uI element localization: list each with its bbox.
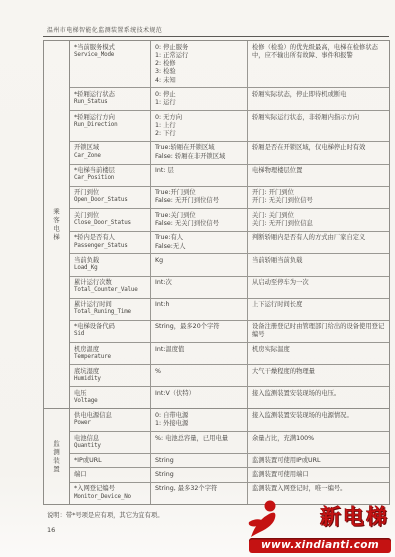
field-id: Voltage [74, 398, 146, 406]
field-id: Car_Position [74, 175, 146, 183]
field-name-cell: 当前负载 Load_Kg [70, 254, 151, 275]
table-row: 底坑湿度 Humidity % 大气干燥程度的物理量 [70, 364, 389, 386]
page-content: 温州市电梯智能化监测装置系统技术规范 乘客电梯 *当前服务模式 Service_… [43, 25, 389, 534]
field-name: *入网登记编号 [74, 485, 146, 493]
field-id: Run_Status [74, 99, 146, 107]
field-name: 电池信息 [74, 435, 146, 443]
field-name: *电梯设备代码 [74, 323, 146, 331]
field-id: Monitor_Device_No [74, 494, 146, 502]
field-value-cell: Kg [151, 254, 248, 275]
field-name: *轿内是否有人 [74, 234, 146, 242]
field-value-cell: % [151, 365, 248, 386]
field-desc-cell: 监测装置可使用端口 [248, 468, 389, 481]
field-value-cell: True:关门到位 False: 无关门到位信号 [151, 209, 248, 231]
table-row: *当前服务模式 Service_Mode 0: 停止服务 1: 正常运行 2: … [70, 41, 389, 87]
field-name-cell: *轿内是否有人 Passenger_Status [70, 232, 151, 254]
group-label: 乘客电梯 [52, 208, 61, 242]
field-name-cell: 底坑湿度 Humidity [70, 365, 151, 386]
field-desc-cell: 机房实际温度 [248, 343, 389, 364]
field-value-cell: 0: 停止 1: 运行 [151, 88, 248, 110]
field-name-cell: *当前服务模式 Service_Mode [70, 41, 151, 87]
group-label: 监测装置 [52, 440, 61, 474]
field-name: 开锁区域 [74, 144, 146, 152]
group-label-cell: 乘客电梯 [44, 41, 70, 408]
logo-url-banner: www.xindianti.com [249, 538, 391, 553]
table-group-monitor-device: 监测装置 供电电源信息 Power 0: 自带电源 1: 外接电源 接入监测装置… [44, 408, 389, 503]
field-name: 机房温度 [74, 346, 146, 354]
field-name: 关门到位 [74, 212, 146, 220]
field-id: Humidity [74, 376, 146, 384]
field-name: *轿厢运行状态 [74, 91, 146, 99]
field-value-cell: String, 最多32个字符 [151, 483, 248, 504]
table-row: 关门到位 Close_Door_Status True:关门到位 False: … [70, 208, 389, 231]
field-id: Service_Mode [74, 52, 146, 60]
field-name: 累计运行次数 [74, 279, 146, 287]
field-desc-cell: 当前轿厢当前负载 [248, 254, 389, 275]
field-desc-cell: 关门: 关门到位 关门: 无开门到位信息 [248, 209, 389, 231]
table-row: *电梯设备代码 Sid String，最多20个字符 设备注册登记时由管理部门给… [70, 320, 389, 343]
field-id: Quantity [74, 443, 146, 451]
table-row: *电梯当前楼层 Car_Position Int: 层 电梯物理楼层位置 [70, 164, 389, 186]
table-row: *轿厢运行方向 Run_Direction 0: 无方向 1: 上行 2: 下行… [70, 110, 389, 141]
table-group-passenger-elevator: 乘客电梯 *当前服务模式 Service_Mode 0: 停止服务 1: 正常运… [44, 41, 389, 408]
field-desc-cell: 设备注册登记时由管理部门给出的设备使用登记编号 [248, 321, 389, 343]
field-value-cell: True:轿厢在开锁区域 False: 轿厢在非开锁区域 [151, 142, 248, 164]
field-desc-cell: 大气干燥程度的物理量 [248, 365, 389, 386]
field-name-cell: 电压 Voltage [70, 387, 151, 408]
table-row: *轿厢运行状态 Run_Status 0: 停止 1: 运行 轿厢实际状态，停止… [70, 87, 389, 110]
logo-wordmark: 新电梯 [320, 501, 389, 531]
field-id: Total_Counter_Value [74, 287, 146, 295]
field-desc-cell: 轿厢实际状态，停止即待机或断电 [248, 88, 389, 110]
field-value-cell: String，最多20个字符 [151, 321, 248, 343]
doc-header-title: 温州市电梯智能化监测装置系统技术规范 [43, 25, 389, 34]
field-name-cell: *IP或URL [70, 454, 151, 467]
field-desc-cell: 判断轿厢内是否有人的方式由厂家自定义 [248, 232, 389, 254]
field-value-cell: Int:V（伏特） [151, 387, 248, 408]
field-name-cell: 电池信息 Quantity [70, 432, 151, 453]
table-row: 电池信息 Quantity %: 电池总容量，已用电量 余量占比，充满100% [70, 431, 389, 453]
field-name-cell: 供电电源信息 Power [70, 409, 151, 431]
field-value-cell: True:有人 False:无人 [151, 232, 248, 254]
field-name-cell: 端口 [70, 468, 151, 481]
field-desc-cell: 开门: 开门到位 开门: 无关门到位信号 [248, 187, 389, 209]
table-row: 开门到位 Open_Door_Status True:开门到位 False: 无… [70, 186, 389, 209]
field-value-cell: 0: 自带电源 1: 外接电源 [151, 409, 248, 431]
field-name-cell: *电梯设备代码 Sid [70, 321, 151, 343]
field-value-cell: %: 电池总容量，已用电量 [151, 432, 248, 453]
table-row: 端口 String 监测装置可使用端口 [70, 467, 389, 481]
field-desc-cell: 余量占比，充满100% [248, 432, 389, 453]
field-desc-cell: 电梯物理楼层位置 [248, 165, 389, 186]
field-desc-cell: 轿厢实际运行状态，非轿厢内指示方向 [248, 111, 389, 141]
field-value-cell: True:开门到位 False: 无开门到位信号 [151, 187, 248, 209]
field-name-cell: 开门到位 Open_Door_Status [70, 187, 151, 209]
field-name: *当前服务模式 [74, 44, 146, 52]
field-name: 端口 [74, 471, 146, 479]
field-name: 电压 [74, 390, 146, 398]
field-id: Run_Direction [74, 122, 146, 130]
table-row: 机房温度 Temperature Int:温度值 机房实际温度 [70, 342, 389, 364]
field-name-cell: 开锁区域 Car_Zone [70, 142, 151, 164]
table-row: 电压 Voltage Int:V（伏特） 接入监测装置安装现场的电压。 [70, 386, 389, 408]
field-desc-cell: 上下运行时间长度 [248, 299, 389, 320]
field-name-cell: 机房温度 Temperature [70, 343, 151, 364]
xindianti-logo: 新电梯 www.xindianti.com [247, 501, 391, 553]
field-value-cell: Int: 层 [151, 165, 248, 186]
spec-table: 乘客电梯 *当前服务模式 Service_Mode 0: 停止服务 1: 正常运… [43, 40, 390, 505]
field-name: *轿厢运行方向 [74, 114, 146, 122]
field-name: 累计运行时间 [74, 301, 146, 309]
field-value-cell: 0: 无方向 1: 上行 2: 下行 [151, 111, 248, 141]
field-id: Passenger_Status [74, 243, 146, 251]
field-id: Temperature [74, 354, 146, 362]
table-row: 供电电源信息 Power 0: 自带电源 1: 外接电源 接入监测装置安装现场的… [70, 409, 389, 431]
group-label-cell: 监测装置 [44, 409, 70, 503]
field-id: Sid [74, 331, 146, 339]
table-row: *轿内是否有人 Passenger_Status True:有人 False:无… [70, 231, 389, 254]
field-desc-cell: 轿厢是否在开锁区域，仅电梯停止时有效 [248, 142, 389, 164]
field-value-cell: 0: 停止服务 1: 正常运行 2: 检修 3: 检验 4: 未知 [151, 41, 248, 87]
field-name-cell: *轿厢运行方向 Run_Direction [70, 111, 151, 141]
field-name: 开门到位 [74, 189, 146, 197]
field-name-cell: 累计运行时间 Total_Runing_Time [70, 299, 151, 320]
field-name: *电梯当前楼层 [74, 167, 146, 175]
field-value-cell: String [151, 454, 248, 467]
field-id: Total_Runing_Time [74, 309, 146, 317]
field-name: 供电电源信息 [74, 412, 146, 420]
field-desc-cell: 接入监测装置安装现场的电压。 [248, 387, 389, 408]
field-desc-cell: 检修（检验）的优先级最高，电梯在检修状态中，应不输出所有故障、事件和报警 [248, 41, 389, 87]
table-row: *IP或URL String 监测装置可使用IP或URL [70, 453, 389, 467]
field-name-cell: *入网登记编号 Monitor_Device_No [70, 483, 151, 504]
header-rule [43, 36, 389, 37]
field-id: Power [74, 420, 146, 428]
document-page: 温州市电梯智能化监测装置系统技术规范 乘客电梯 *当前服务模式 Service_… [0, 0, 395, 557]
field-name-cell: *轿厢运行状态 Run_Status [70, 88, 151, 110]
field-desc-cell: 从启动至停车为一次 [248, 277, 389, 298]
field-name-cell: 累计运行次数 Total_Counter_Value [70, 277, 151, 298]
table-row: 累计运行次数 Total_Counter_Value Int:次 从启动至停车为… [70, 276, 389, 298]
field-name: 当前负载 [74, 257, 146, 265]
field-value-cell: String [151, 468, 248, 481]
field-name-cell: 关门到位 Close_Door_Status [70, 209, 151, 231]
table-row: 开锁区域 Car_Zone True:轿厢在开锁区域 False: 轿厢在非开锁… [70, 141, 389, 164]
field-id: Load_Kg [74, 265, 146, 273]
field-id: Open_Door_Status [74, 197, 146, 205]
field-desc-cell: 监测装置可使用IP或URL [248, 454, 389, 467]
field-name: *IP或URL [74, 457, 146, 465]
field-name-cell: *电梯当前楼层 Car_Position [70, 165, 151, 186]
group-rows: 供电电源信息 Power 0: 自带电源 1: 外接电源 接入监测装置安装现场的… [70, 409, 389, 503]
field-value-cell: Int:次 [151, 277, 248, 298]
field-id: Car_Zone [74, 153, 146, 161]
table-row: 当前负载 Load_Kg Kg 当前轿厢当前负载 [70, 253, 389, 275]
field-value-cell: Int:温度值 [151, 343, 248, 364]
field-desc-cell: 接入监测装置安装现场的电源情况。 [248, 409, 389, 431]
field-name: 底坑湿度 [74, 368, 146, 376]
field-value-cell: Int:h [151, 299, 248, 320]
xindianti-figure-icon [247, 499, 281, 543]
group-rows: *当前服务模式 Service_Mode 0: 停止服务 1: 正常运行 2: … [70, 41, 389, 408]
table-row: 累计运行时间 Total_Runing_Time Int:h 上下运行时间长度 [70, 298, 389, 320]
field-id: Close_Door_Status [74, 220, 146, 228]
